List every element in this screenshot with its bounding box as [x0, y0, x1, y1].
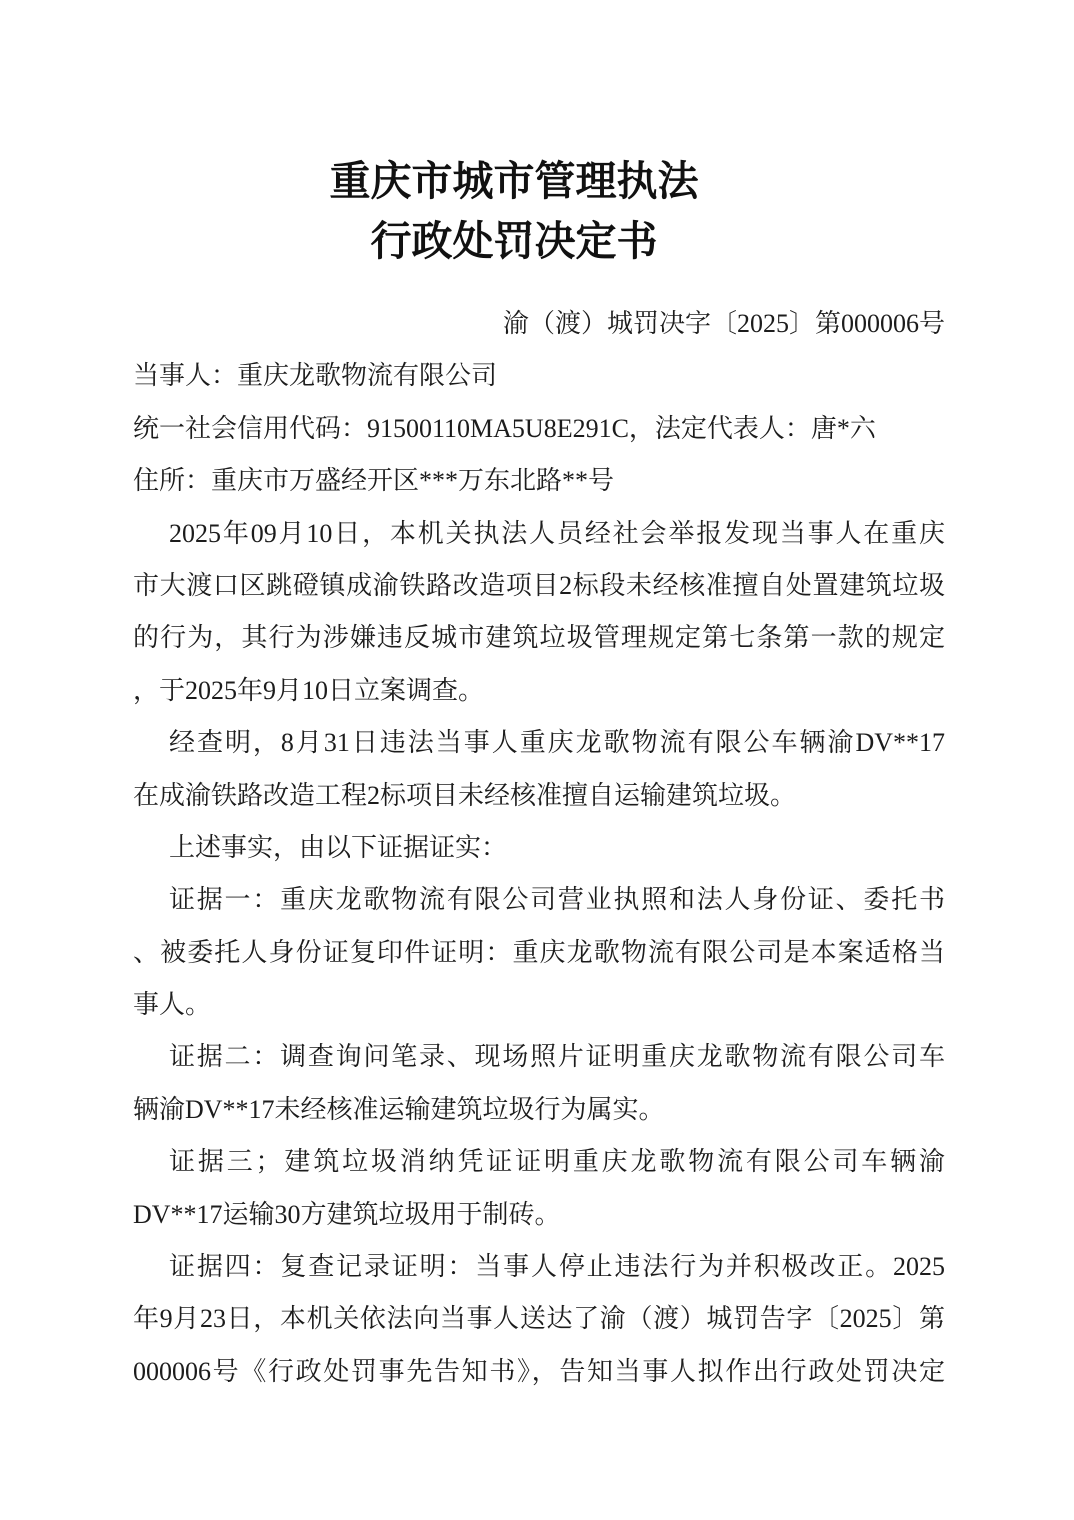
paragraph-line: 000006号《行政处罚事先告知书》，告知当事人拟作出行政处罚决定 [133, 1346, 945, 1398]
paragraph-evidence-4: 证据四：复查记录证明：当事人停止违法行为并积极改正。2025 年9月23日，本机… [133, 1241, 945, 1398]
paragraph-line: 2025年09月10日，本机关执法人员经社会举报发现当事人在重庆 [133, 508, 945, 560]
party-name-line: 当事人：重庆龙歌物流有限公司 [133, 350, 945, 402]
document-body: 渝（渡）城罚决字〔2025〕第000006号 当事人：重庆龙歌物流有限公司 统一… [133, 298, 945, 1398]
document-title: 重庆市城市管理执法 行政处罚决定书 [0, 151, 1051, 271]
paragraph-line: 的行为，其行为涉嫌违反城市建筑垃圾管理规定第七条第一款的规定 [133, 612, 945, 664]
paragraph-case-filing: 2025年09月10日，本机关执法人员经社会举报发现当事人在重庆 市大渡口区跳磴… [133, 508, 945, 718]
title-line-2: 行政处罚决定书 [0, 211, 1051, 271]
document-number: 渝（渡）城罚决字〔2025〕第000006号 [133, 298, 945, 350]
credit-code-line: 统一社会信用代码：91500110MA5U8E291C，法定代表人：唐*六 [133, 403, 945, 455]
paragraph-line: 辆渝DV**17未经核准运输建筑垃圾行为属实。 [133, 1084, 945, 1136]
paragraph-line: 在成渝铁路改造工程2标项目未经核准擅自运输建筑垃圾。 [133, 770, 945, 822]
paragraph-line: 经查明，8月31日违法当事人重庆龙歌物流有限公车辆渝DV**17 [133, 717, 945, 769]
paragraph-line: ，于2025年9月10日立案调查。 [133, 665, 945, 717]
paragraph-line: DV**17运输30方建筑垃圾用于制砖。 [133, 1189, 945, 1241]
paragraph-evidence-intro: 上述事实，由以下证据证实： [133, 822, 945, 874]
paragraph-line: 证据二：调查询问笔录、现场照片证明重庆龙歌物流有限公司车 [133, 1031, 945, 1083]
paragraph-line: 证据四：复查记录证明：当事人停止违法行为并积极改正。2025 [133, 1241, 945, 1293]
paragraph-evidence-1: 证据一：重庆龙歌物流有限公司营业执照和法人身份证、委托书 、被委托人身份证复印件… [133, 874, 945, 1031]
paragraph-line: 证据三；建筑垃圾消纳凭证证明重庆龙歌物流有限公司车辆渝 [133, 1136, 945, 1188]
title-line-1: 重庆市城市管理执法 [0, 151, 1051, 211]
paragraph-line: 证据一：重庆龙歌物流有限公司营业执照和法人身份证、委托书 [133, 874, 945, 926]
paragraph-line: 年9月23日，本机关依法向当事人送达了渝（渡）城罚告字〔2025〕第 [133, 1293, 945, 1345]
address-line: 住所：重庆市万盛经开区***万东北路**号 [133, 455, 945, 507]
document-page: 重庆市城市管理执法 行政处罚决定书 渝（渡）城罚决字〔2025〕第000006号… [0, 0, 1074, 1520]
paragraph-line: 上述事实，由以下证据证实： [133, 822, 945, 874]
paragraph-line: 市大渡口区跳磴镇成渝铁路改造项目2标段未经核准擅自处置建筑垃圾 [133, 560, 945, 612]
paragraph-findings: 经查明，8月31日违法当事人重庆龙歌物流有限公车辆渝DV**17 在成渝铁路改造… [133, 717, 945, 822]
paragraph-line: 事人。 [133, 979, 945, 1031]
paragraph-evidence-3: 证据三；建筑垃圾消纳凭证证明重庆龙歌物流有限公司车辆渝 DV**17运输30方建… [133, 1136, 945, 1241]
paragraph-line: 、被委托人身份证复印件证明：重庆龙歌物流有限公司是本案适格当 [133, 927, 945, 979]
paragraph-evidence-2: 证据二：调查询问笔录、现场照片证明重庆龙歌物流有限公司车 辆渝DV**17未经核… [133, 1031, 945, 1136]
